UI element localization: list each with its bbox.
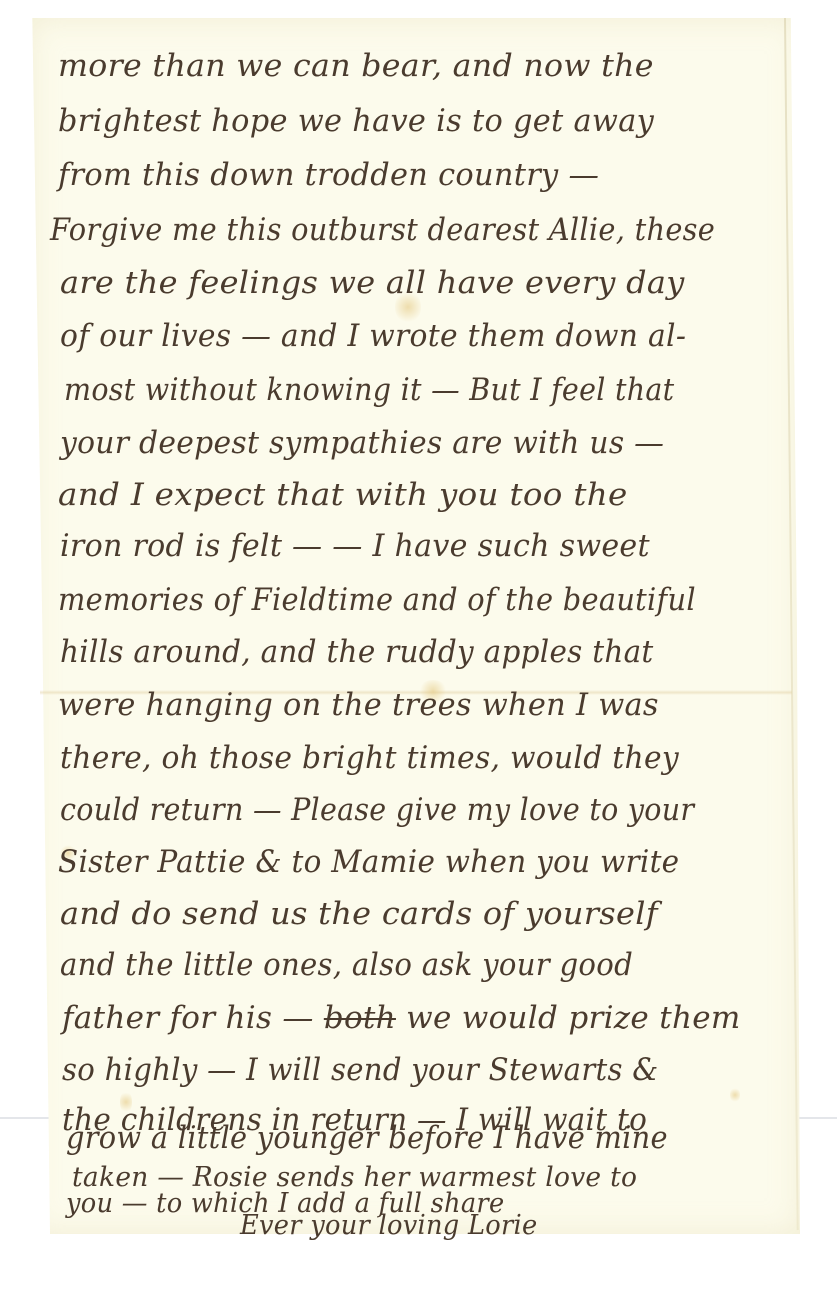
letter-line: there, oh those bright times, would they (60, 740, 679, 776)
letter-line: iron rod is felt — — I have such sweet (60, 528, 650, 564)
letter-line: more than we can bear, and now the (58, 48, 654, 84)
line-fragment: father for his — (62, 1000, 314, 1036)
letter-line: from this down trodden country — (58, 157, 599, 193)
letter-line: memories of Fieldtime and of the beautif… (58, 582, 696, 618)
letter-line: and the little ones, also ask your good (60, 947, 633, 983)
letter-line: brightest hope we have is to get away (58, 103, 654, 139)
letter-line: Sister Pattie & to Mamie when you write (58, 844, 679, 880)
letter-line: were hanging on the trees when I was (58, 687, 659, 723)
letter-line: your deepest sympathies are with us — (60, 425, 664, 461)
signature: Ever your loving Lorie (240, 1210, 538, 1241)
letter-line: most without knowing it — But I feel tha… (64, 372, 674, 408)
letter-line: could return — Please give my love to yo… (60, 792, 694, 828)
letter-line: and do send us the cards of yourself (60, 896, 658, 932)
letter-line: hills around, and the ruddy apples that (60, 634, 654, 670)
letter-line: father for his — both we would prize the… (62, 1000, 741, 1036)
letter-line: of our lives — and I wrote them down al- (60, 318, 686, 354)
letter-body: more than we can bear, and now the brigh… (0, 0, 837, 1313)
letter-line: grow a little younger before I have mine (66, 1120, 668, 1156)
letter-line: and I expect that with you too the (58, 477, 628, 513)
letter-line: Forgive me this outburst dearest Allie, … (50, 212, 715, 248)
letter-line: so highly — I will send your Stewarts & (62, 1052, 659, 1088)
letter-line: are the feelings we all have every day (60, 265, 685, 301)
struck-out-word: both (324, 1000, 396, 1036)
line-fragment: we would prize them (406, 1000, 741, 1036)
